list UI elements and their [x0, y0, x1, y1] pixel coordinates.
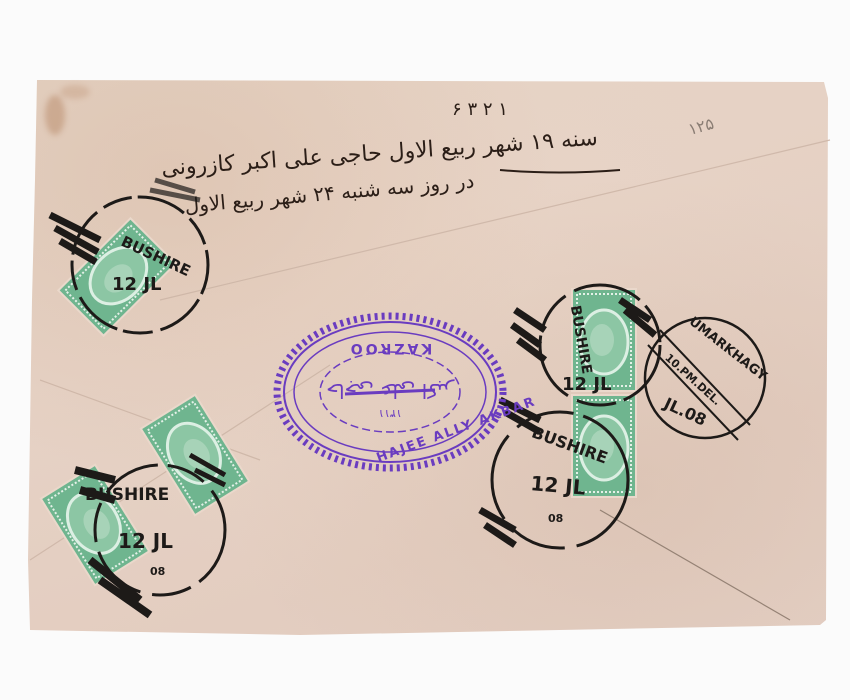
svg-text:12 JL: 12 JL — [112, 274, 161, 295]
svg-text:12 JL: 12 JL — [530, 471, 587, 500]
svg-text:08: 08 — [150, 565, 165, 578]
svg-text:۱۲۵: ۱۲۵ — [686, 114, 716, 139]
svg-text:12 JL: 12 JL — [562, 374, 611, 395]
svg-text:۱ ۲ ۳ ۶: ۱ ۲ ۳ ۶ — [452, 99, 508, 120]
svg-text:BUSHIRE: BUSHIRE — [85, 485, 169, 505]
envelope-markings: ۱ ۲ ۳ ۶ سنه ۱۹ شهر ربیع الاول حاجی علی ا… — [0, 0, 850, 700]
manuscript-note: ۱ ۲ ۳ ۶ سنه ۱۹ شهر ربیع الاول حاجی علی ا… — [161, 99, 716, 218]
svg-text:KAZROO: KAZROO — [348, 340, 432, 356]
svg-text:12 JL: 12 JL — [118, 529, 173, 553]
merchant-seal: KAZROO HAJEE ALLY AKBAR حاجی علی اکبر ۱۳… — [277, 316, 538, 468]
postmark-transit: UMARKHAGY 10.PM.DEL. JL.08 — [645, 314, 770, 440]
svg-text:۱۳۱۱: ۱۳۱۱ — [378, 407, 402, 420]
svg-text:08: 08 — [548, 512, 563, 525]
envelope-photo: ۱ ۲ ۳ ۶ سنه ۱۹ شهر ربیع الاول حاجی علی ا… — [0, 0, 850, 700]
